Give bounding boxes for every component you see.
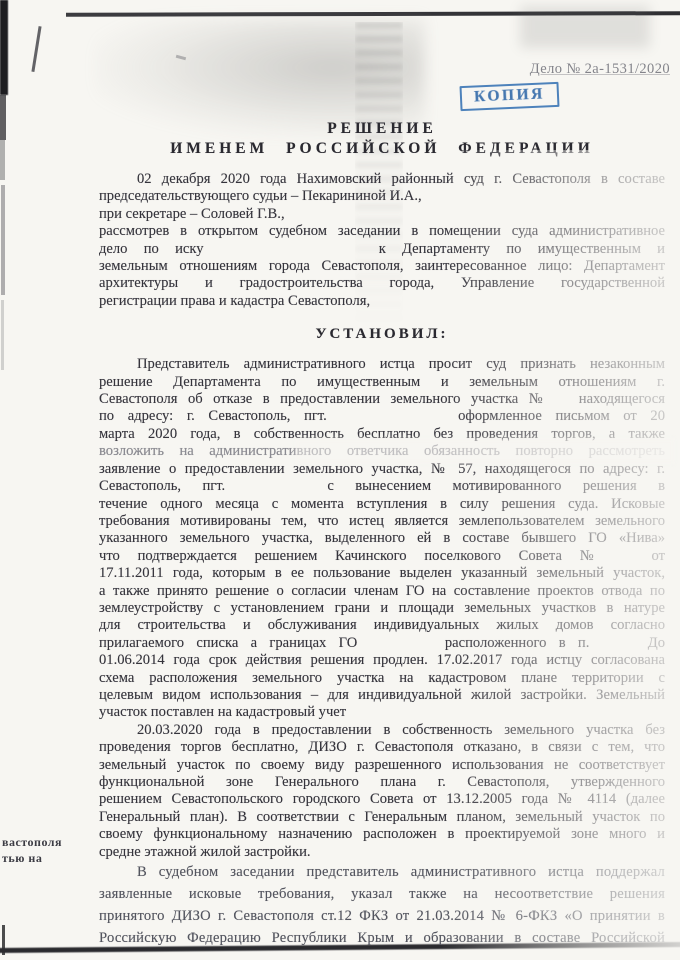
- left-scan-edge-mark: [1, 300, 4, 370]
- text-line: при секретаре – Соловей Г.В.,: [99, 206, 665, 223]
- text-line: средне этажной жилой застройки.: [99, 844, 665, 861]
- text-line: заявленные исковые требования, указал та…: [99, 883, 665, 905]
- margin-fragment: тью на: [2, 851, 42, 866]
- scan-speck: [176, 55, 186, 60]
- text-line: РЕШЕНИЕ: [99, 119, 665, 139]
- text-line: В судебном заседании представитель админ…: [99, 861, 665, 883]
- left-scan-edge-mark: [0, 140, 5, 180]
- text-line: целевым видом использования – для индиви…: [99, 687, 665, 704]
- scan-smudge: [520, 6, 650, 48]
- text-line: земельным отношениям города Севастополя,…: [99, 258, 665, 275]
- text-line: землеустройству с установлением грани и …: [99, 600, 665, 617]
- text-line: функциональной зоне Генерального плана г…: [99, 774, 665, 791]
- text-line: принятого ДИЗО г. Севастополя ст.12 ФКЗ …: [99, 905, 665, 927]
- left-scan-edge-mark: [0, 0, 8, 95]
- text-line: рассмотрев в открытом судебном заседании…: [99, 223, 665, 240]
- left-scan-edge-mark: [1, 185, 5, 295]
- copy-stamp: КОПИЯ: [460, 82, 560, 111]
- text-line: дело по иску к Департаменту по имуществе…: [99, 241, 665, 258]
- text-line: схема расположения земельного участка на…: [99, 670, 665, 687]
- text-line: прилагаемого списка а границах ГО распол…: [99, 635, 665, 652]
- text-line: 20.03.2020 года в предоставлении в собст…: [99, 722, 665, 739]
- top-scan-edge-line: [66, 11, 680, 16]
- text-line: председательствующего судьи – Пекаринино…: [99, 188, 665, 205]
- text-line: возложить на административного ответчика…: [99, 443, 665, 460]
- text-line: Севастополя об отказе в предоставлении з…: [99, 391, 665, 408]
- text-line: 02 декабря 2020 года Нахимовский районны…: [99, 171, 665, 188]
- text-line: решение Департамента по имущественным и …: [99, 374, 665, 391]
- text-line: регистрации права и кадастра Севастополя…: [99, 293, 665, 310]
- text-line: 17.11.2011 года, которым в ее пользовани…: [99, 565, 665, 582]
- case-number: Дело № 2а-1531/2020: [420, 61, 670, 78]
- text-line: участок поставлен на кадастровый учет: [99, 704, 665, 721]
- text-line: Российскую Федерацию Республики Крым и о…: [99, 927, 665, 949]
- text-line: Представитель административного истца пр…: [99, 356, 665, 373]
- text-line: Севастополь, пгт. с вынесением мотивиров…: [99, 478, 665, 495]
- text-line: по адресу: г. Севастополь, пгт. оформлен…: [99, 408, 665, 425]
- text-line: 01.06.2014 года срок действия решения пр…: [99, 652, 665, 669]
- text-line: марта 2020 года, в собственность бесплат…: [99, 426, 665, 443]
- text-flow: РЕШЕНИЕИМЕНЕМ РОССИЙСКОЙ ФЕДЕРАЦИИ02 дек…: [99, 119, 665, 949]
- left-scan-edge-mark: [0, 95, 6, 140]
- text-line: для строительства и обслуживания индивид…: [99, 617, 665, 634]
- text-line: заявление о предоставлении земельного уч…: [99, 461, 665, 478]
- text-line: требования мотивированы тем, что истец я…: [99, 513, 665, 530]
- left-scan-edge-mark: [2, 925, 5, 955]
- text-line: решением Севастопольского городского Сов…: [99, 791, 665, 808]
- text-line: что подтверждается решением Качинского п…: [99, 548, 665, 565]
- text-line: УСТАНОВИЛ:: [99, 325, 665, 344]
- text-line: течение одного месяца с момента вступлен…: [99, 496, 665, 513]
- text-line: а также принято решение о согласии члена…: [99, 583, 665, 600]
- text-line: указанного земельного участка, выделенно…: [99, 530, 665, 547]
- text-line: Генеральный план). В соответствии с Гене…: [99, 809, 665, 826]
- scanned-court-decision-page: Дело № 2а-1531/2020 КОПИЯ РЕШЕНИЕИМЕНЕМ …: [0, 0, 680, 960]
- text-line: архитектуры и градостроительства города,…: [99, 275, 665, 292]
- margin-fragment: вастополя: [2, 835, 62, 850]
- text-line: проведения торгов бесплатно, ДИЗО г. Сев…: [99, 739, 665, 756]
- text-line: земельный участок по своему виду разреше…: [99, 757, 665, 774]
- pen-stroke-mark: [31, 26, 41, 72]
- text-line: своему функциональному назначению распол…: [99, 826, 665, 843]
- text-line: ИМЕНЕМ РОССИЙСКОЙ ФЕДЕРАЦИИ: [99, 139, 665, 159]
